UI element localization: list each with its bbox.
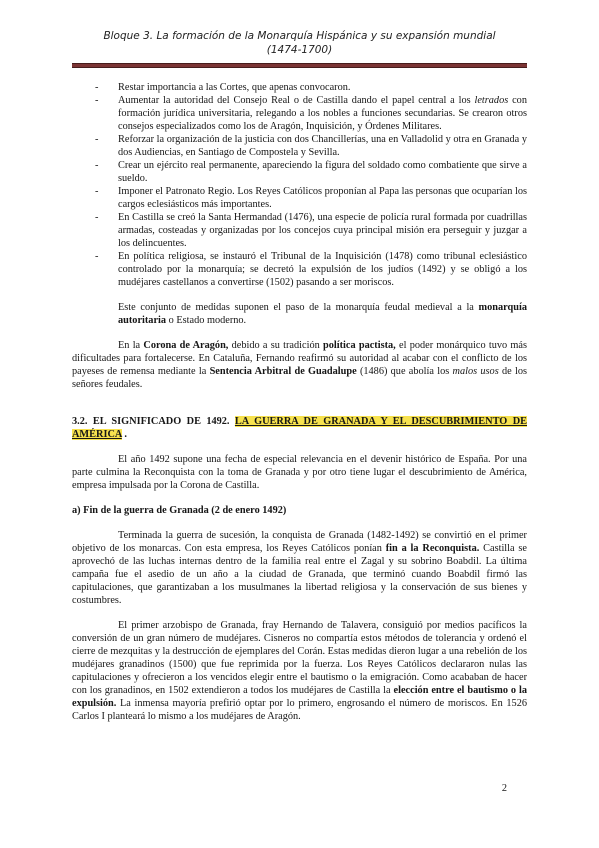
text-run: a) Fin de la guerra de Granada (2 de ene…: [72, 505, 286, 516]
text-run: Crear un ejército real permanente, apare…: [118, 160, 527, 184]
text-run: 3.2. EL SIGNIFICADO DE 1492.: [72, 416, 235, 427]
text-run: fin a la Reconquista.: [386, 543, 480, 554]
text-run: política pactista,: [323, 340, 396, 351]
paragraph: Este conjunto de medidas suponen el paso…: [118, 301, 527, 327]
list-item: Restar importancia a las Cortes, que ape…: [118, 81, 527, 94]
text-run: Imponer el Patronato Regio. Los Reyes Ca…: [118, 186, 527, 210]
list-item: Crear un ejército real permanente, apare…: [118, 159, 527, 185]
bullet-list: Restar importancia a las Cortes, que ape…: [72, 81, 527, 289]
text-run: En política religiosa, se instauró el Tr…: [118, 251, 527, 288]
page-header: Bloque 3. La formación de la Monarquía H…: [72, 30, 527, 57]
text-run: Corona de Aragón,: [143, 340, 228, 351]
text-run: En Castilla se creó la Santa Hermandad (…: [118, 212, 527, 249]
list-item: Aumentar la autoridad del Consejo Real o…: [118, 94, 527, 133]
text-run: Restar importancia a las Cortes, que ape…: [118, 82, 350, 93]
paragraph: El primer arzobispo de Granada, fray Her…: [72, 619, 527, 723]
page-number: 2: [502, 782, 507, 795]
document-body: Restar importancia a las Cortes, que ape…: [72, 81, 527, 723]
text-run: letrados: [474, 95, 508, 106]
header-title-line2: (1474-1700): [72, 44, 527, 58]
header-title-line1: Bloque 3. La formación de la Monarquía H…: [72, 30, 527, 44]
list-item: Reforzar la organización de la justicia …: [118, 133, 527, 159]
paragraph: El año 1492 supone una fecha de especial…: [72, 453, 527, 492]
text-run: malos usos: [453, 366, 499, 377]
list-item: En Castilla se creó la Santa Hermandad (…: [118, 211, 527, 250]
paragraph: En la Corona de Aragón, debido a su trad…: [72, 339, 527, 391]
text-run: En la: [118, 340, 143, 351]
paragraph: Terminada la guerra de sucesión, la conq…: [72, 529, 527, 607]
text-run: Sentencia Arbitral de Guadalupe: [210, 366, 357, 377]
text-run: El año 1492 supone una fecha de especial…: [72, 454, 527, 491]
text-run: Este conjunto de medidas suponen el paso…: [118, 302, 479, 313]
text-run: Aumentar la autoridad del Consejo Real o…: [118, 95, 474, 106]
text-run: La inmensa mayoría prefirió optar por lo…: [72, 698, 527, 722]
text-run: debido a su tradición: [228, 340, 323, 351]
subsection-heading: a) Fin de la guerra de Granada (2 de ene…: [72, 504, 527, 517]
section-heading: 3.2. EL SIGNIFICADO DE 1492. LA GUERRA D…: [72, 415, 527, 441]
list-item: En política religiosa, se instauró el Tr…: [118, 250, 527, 289]
text-run: Reforzar la organización de la justicia …: [118, 134, 527, 158]
text-run: o Estado moderno.: [166, 315, 246, 326]
document-page: Bloque 3. La formación de la Monarquía H…: [0, 0, 599, 848]
header-rule: [72, 63, 527, 68]
text-run: .: [122, 429, 127, 440]
text-run: (1486) que abolía los: [357, 366, 453, 377]
list-item: Imponer el Patronato Regio. Los Reyes Ca…: [118, 185, 527, 211]
